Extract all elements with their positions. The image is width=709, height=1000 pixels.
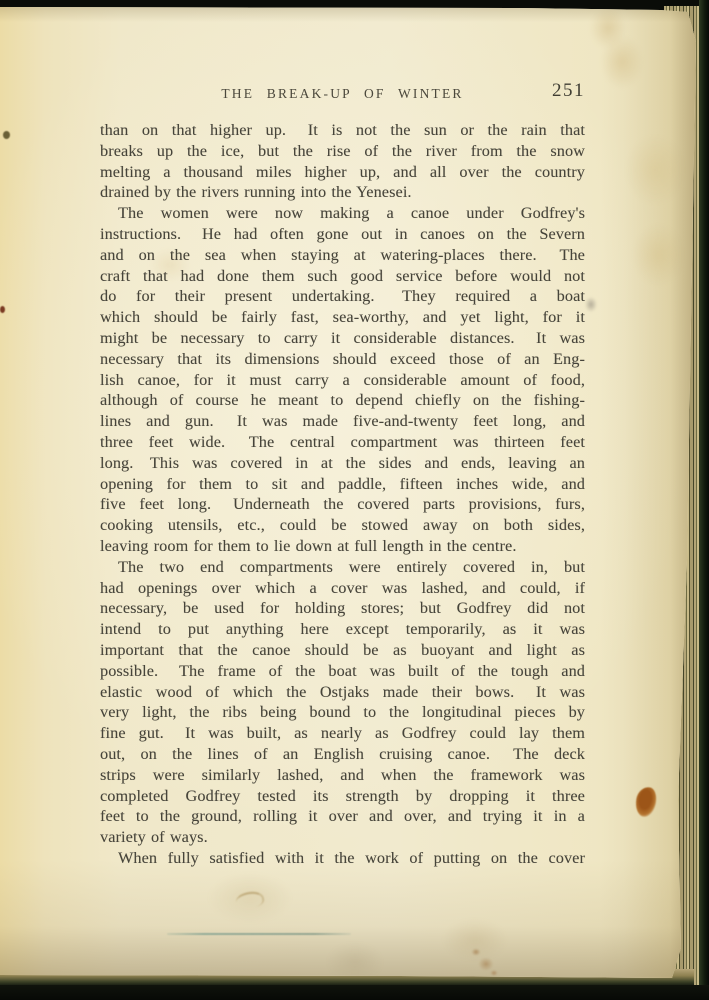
text-line: might be necessary to carry it considera… <box>100 328 585 349</box>
paragraph: than on that higher up. It is not the su… <box>100 120 585 203</box>
edge-speck <box>3 131 10 139</box>
paragraph: The women were now making a canoe under … <box>100 203 585 557</box>
text-line: out, on the lines of an English cruising… <box>100 744 585 765</box>
text-line: leaving room for them to lie down at ful… <box>100 536 585 557</box>
text-line: necessary, be used for holding stores; b… <box>100 598 585 619</box>
text-line: breaks up the ice, but the rise of the r… <box>100 141 585 162</box>
book-page: THE BREAK-UP OF WINTER 251 than on that … <box>0 0 709 1000</box>
text-line: lines and gun. It was made five-and-twen… <box>100 411 585 432</box>
text-line: cooking utensils, etc., could be stowed … <box>100 515 585 536</box>
text-line: craft that had done them such good servi… <box>100 266 585 287</box>
text-line: important that the canoe should be as bu… <box>100 640 585 661</box>
text-line: which should be fairly fast, sea-worthy,… <box>100 307 585 328</box>
text-block: than on that higher up. It is not the su… <box>100 120 585 869</box>
book-edge-shadow <box>699 0 709 1000</box>
scan-background: THE BREAK-UP OF WINTER 251 than on that … <box>0 0 709 1000</box>
text-line: lish canoe, for it must carry a consider… <box>100 370 585 391</box>
text-line: intend to put anything here except tempo… <box>100 619 585 640</box>
text-line: feet to the ground, rolling it over and … <box>100 806 585 827</box>
text-line: and on the sea when staying at watering-… <box>100 245 585 266</box>
edge-speck <box>0 306 5 313</box>
scan-bottom-band <box>0 985 709 1000</box>
text-line: When fully satisfied with it the work of… <box>100 848 585 869</box>
text-line: The two end compartments were entirely c… <box>100 557 585 578</box>
scratch-mark <box>167 933 351 935</box>
text-line: opening for them to sit and paddle, fift… <box>100 474 585 495</box>
text-line: very light, the ribs being bound to the … <box>100 702 585 723</box>
text-line: melting a thousand miles higher up, and … <box>100 162 585 183</box>
smudge-stain <box>585 297 597 312</box>
text-line: instructions. He had often gone out in c… <box>100 224 585 245</box>
text-line: strips were similarly lashed, and when t… <box>100 765 585 786</box>
text-line: drained by the rivers running into the Y… <box>100 182 585 203</box>
text-line: variety of ways. <box>100 827 585 848</box>
page-number: 251 <box>552 80 585 102</box>
text-line: although of course he meant to depend ch… <box>100 390 585 411</box>
text-line: three feet wide. The central compartment… <box>100 432 585 453</box>
running-header: THE BREAK-UP OF WINTER <box>100 86 585 102</box>
text-line: elastic wood of which the Ostjaks made t… <box>100 682 585 703</box>
page-header: THE BREAK-UP OF WINTER 251 <box>100 84 585 104</box>
text-line: do for their present undertaking. They r… <box>100 286 585 307</box>
text-line: The women were now making a canoe under … <box>100 203 585 224</box>
text-line: five feet long. Underneath the covered p… <box>100 494 585 515</box>
paragraph: The two end compartments were entirely c… <box>100 557 585 848</box>
text-line: than on that higher up. It is not the su… <box>100 120 585 141</box>
text-line: completed Godfrey tested its strength by… <box>100 786 585 807</box>
text-line: fine gut. It was built, as nearly as God… <box>100 723 585 744</box>
foxing-stain <box>466 946 498 978</box>
text-line: necessary that its dimensions should exc… <box>100 349 585 370</box>
text-line: had openings over which a cover was lash… <box>100 578 585 599</box>
text-line: long. This was covered in at the sides a… <box>100 453 585 474</box>
text-line: possible. The frame of the boat was buil… <box>100 661 585 682</box>
paragraph: When fully satisfied with it the work of… <box>100 848 585 869</box>
